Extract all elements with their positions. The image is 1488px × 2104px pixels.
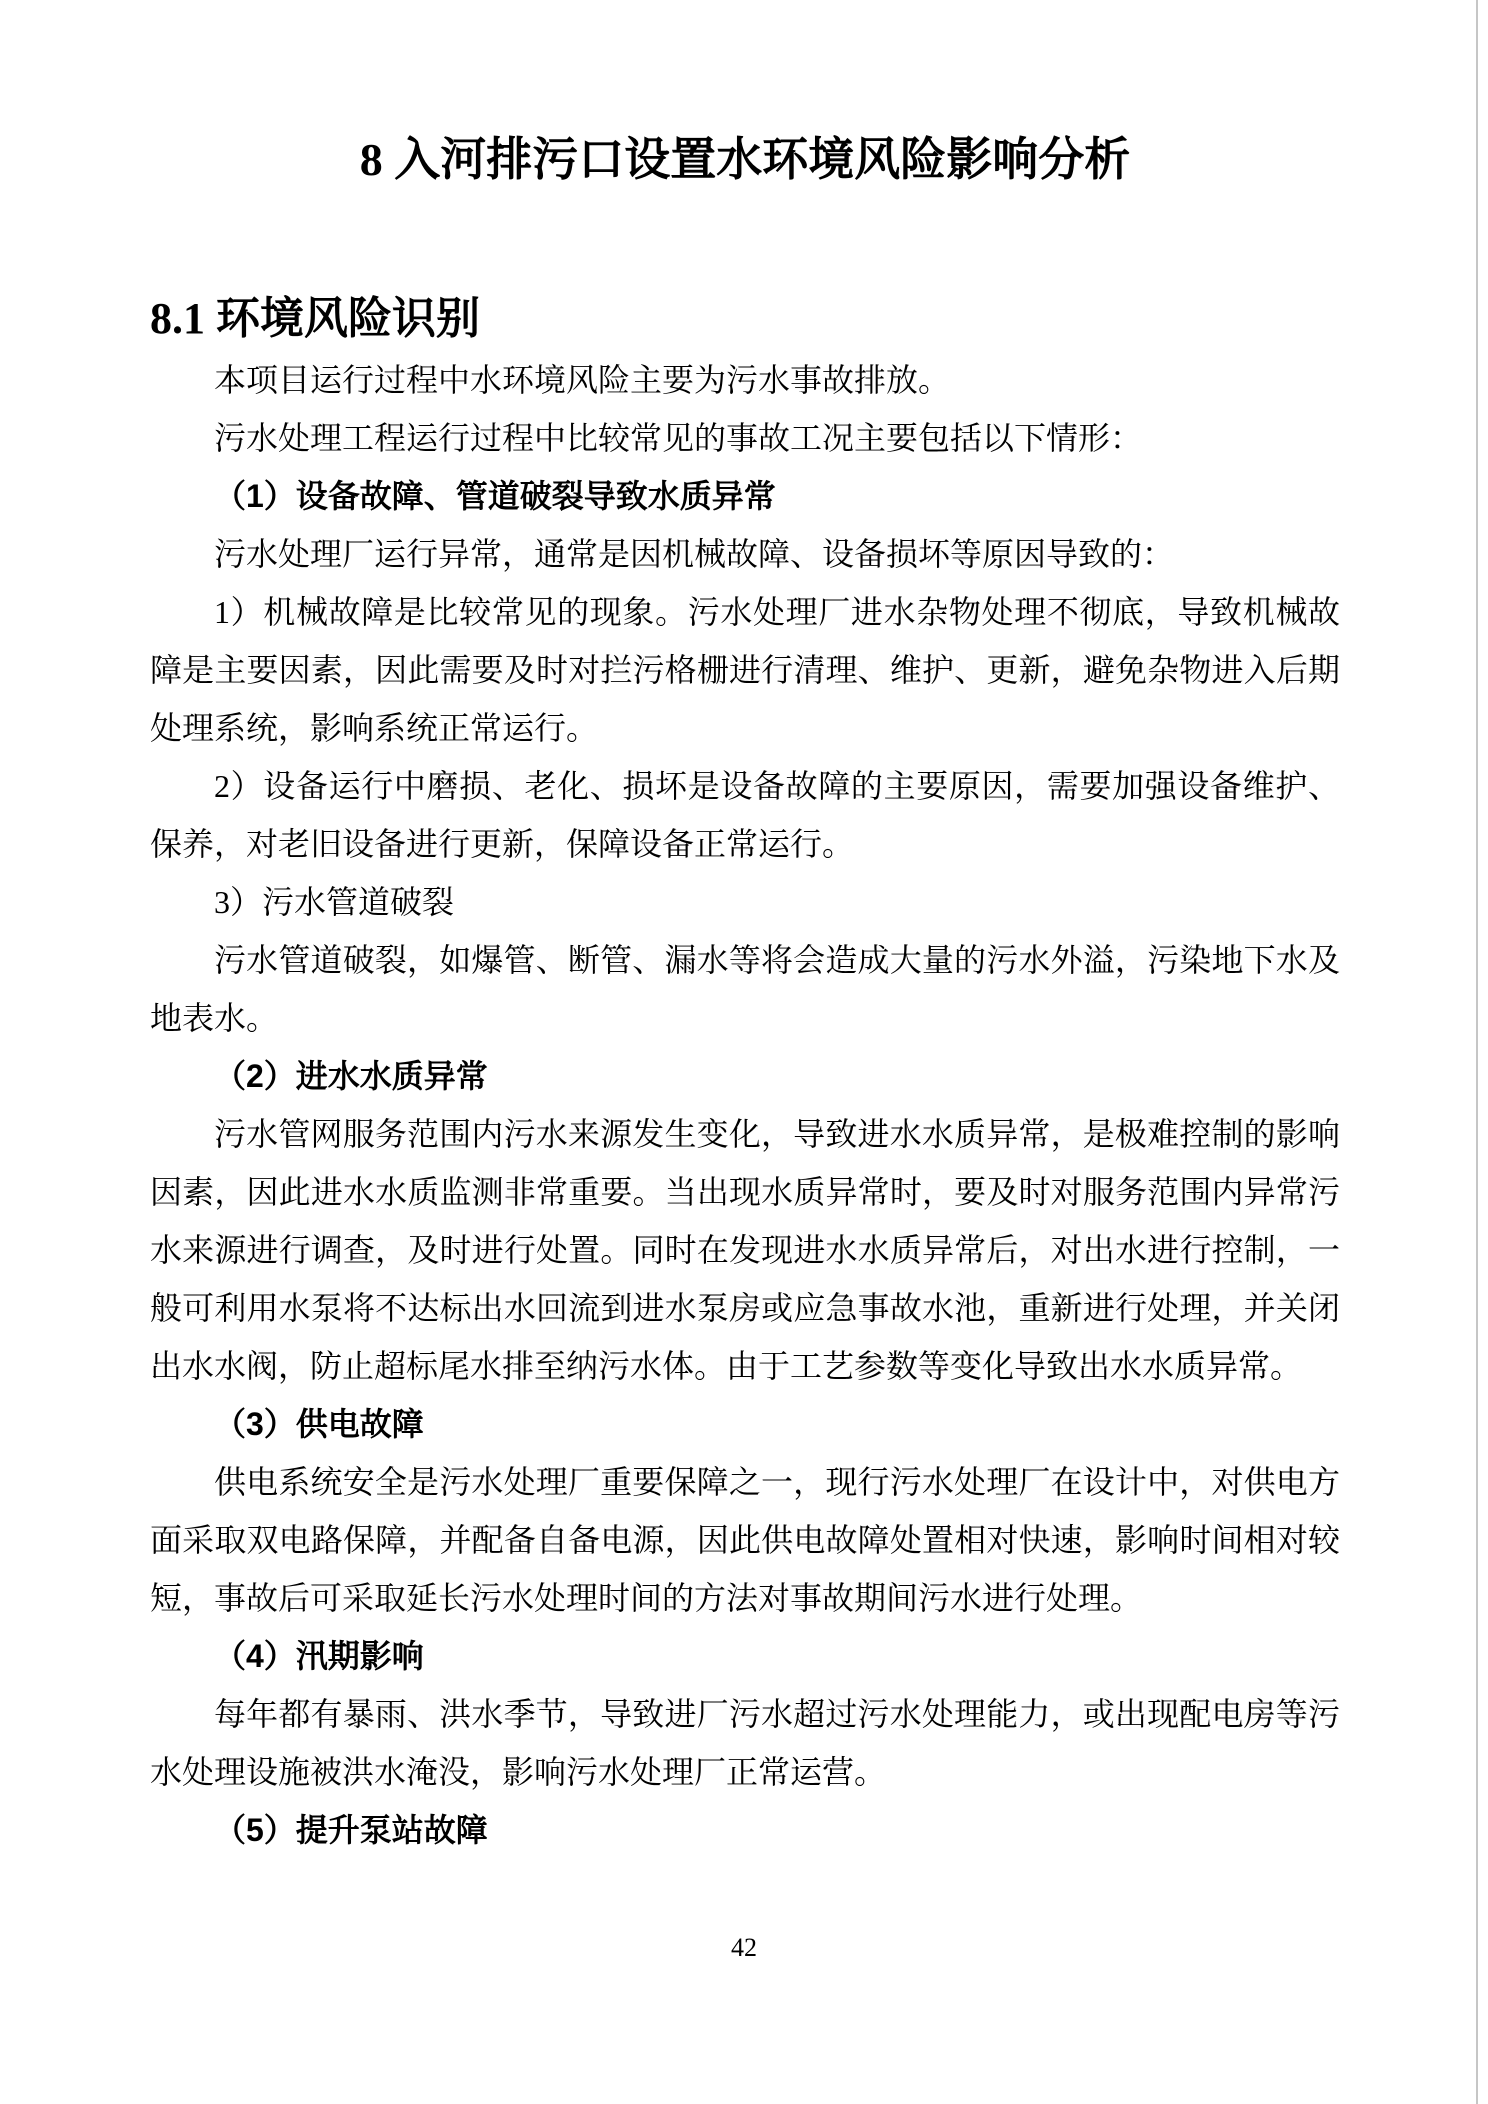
paragraph: 污水处理工程运行过程中比较常见的事故工况主要包括以下情形：: [150, 409, 1340, 467]
paragraph: 污水管网服务范围内污水来源发生变化，导致进水水质异常，是极难控制的影响因素，因此…: [150, 1105, 1340, 1395]
paragraph: 每年都有暴雨、洪水季节，导致进厂污水超过污水处理能力，或出现配电房等污水处理设施…: [150, 1685, 1340, 1801]
subheading-item-1: （1）设备故障、管道破裂导致水质异常: [150, 467, 1340, 525]
paragraph: 污水管道破裂，如爆管、断管、漏水等将会造成大量的污水外溢，污染地下水及地表水。: [150, 931, 1340, 1047]
subheading-item-2: （2）进水水质异常: [150, 1047, 1340, 1105]
subheading-item-5: （5）提升泵站故障: [150, 1801, 1340, 1859]
paragraph: 3）污水管道破裂: [150, 873, 1340, 931]
section-heading: 8.1 环境风险识别: [150, 287, 1340, 351]
page-number: 42: [0, 1928, 1488, 1968]
subheading-item-3: （3）供电故障: [150, 1395, 1340, 1453]
paragraph: 1）机械故障是比较常见的现象。污水处理厂进水杂物处理不彻底，导致机械故障是主要因…: [150, 583, 1340, 757]
paragraph: 供电系统安全是污水处理厂重要保障之一，现行污水处理厂在设计中，对供电方面采取双电…: [150, 1453, 1340, 1627]
text-block: 8 入河排污口设置水环境风险影响分析 8.1 环境风险识别 本项目运行过程中水环…: [150, 128, 1340, 1859]
paragraph: 污水处理厂运行异常，通常是因机械故障、设备损坏等原因导致的：: [150, 525, 1340, 583]
document-page: 8 入河排污口设置水环境风险影响分析 8.1 环境风险识别 本项目运行过程中水环…: [0, 0, 1488, 2104]
subheading-item-4: （4）汛期影响: [150, 1627, 1340, 1685]
chapter-title: 8 入河排污口设置水环境风险影响分析: [150, 128, 1340, 192]
paragraph: 本项目运行过程中水环境风险主要为污水事故排放。: [150, 351, 1340, 409]
page-edge-line: [1476, 0, 1478, 2104]
paragraph: 2）设备运行中磨损、老化、损坏是设备故障的主要原因，需要加强设备维护、保养，对老…: [150, 757, 1340, 873]
